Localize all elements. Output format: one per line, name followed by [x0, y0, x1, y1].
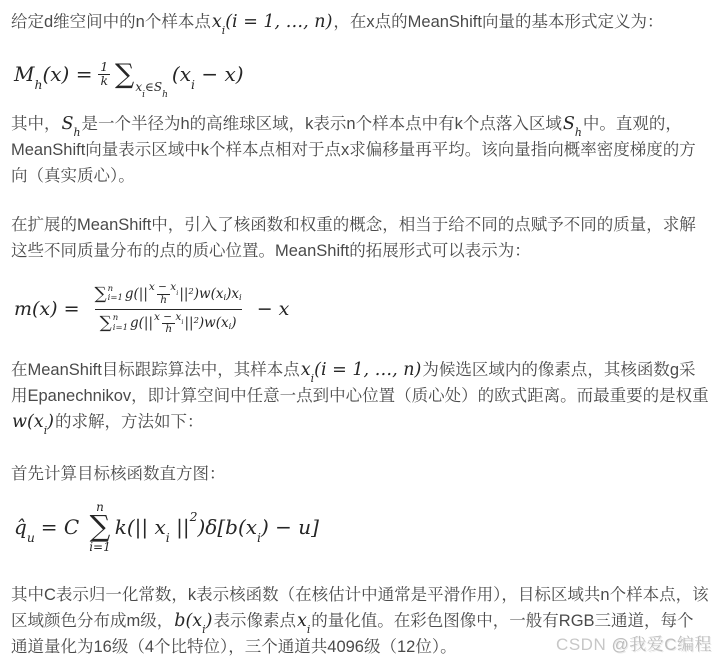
math-run: b(x	[174, 611, 202, 631]
text-run: 其中，	[11, 115, 61, 133]
math-base: x	[212, 12, 222, 32]
math-run: )w(x	[199, 317, 229, 331]
text-run: 的求解，方法如下：	[55, 413, 204, 431]
formula-kernel-histogram: q̂u = C n∑i=1 k(|| xi ||2)δ[b(xi) − u]	[14, 497, 710, 557]
inline-math-weight: w(xi)	[12, 412, 54, 432]
formula-basic-meanshift: Mh(x) = 1k ∑ xi∈Sh (xi − x)	[14, 57, 710, 91]
math-sub: i	[181, 318, 183, 326]
text-run: 表示像素点	[213, 612, 296, 630]
inner-fraction: x − xih	[154, 312, 183, 336]
math-run: (i = 1, …, n)	[225, 12, 332, 32]
math-sub: h	[162, 90, 168, 100]
fraction-1-over-k: 1k	[98, 61, 110, 87]
math-tail: (xi − x)	[172, 64, 244, 84]
math-run: )	[206, 611, 213, 631]
inner-fraction: x − xih	[149, 282, 178, 306]
watermark-site: CSDN	[556, 635, 611, 654]
math-sub: i	[311, 372, 314, 385]
math-equals: =	[64, 300, 80, 319]
math-sub: h	[34, 77, 42, 92]
math-run: (x	[172, 62, 191, 86]
sigma-symbol: ∑	[90, 513, 111, 541]
paragraph-tracking-algorithm: 在MeanShift目标跟踪算法中，其样本点xi(i = 1, …, n)为候选…	[11, 357, 710, 435]
math-run: − x)	[195, 62, 244, 86]
fraction-denominator: k	[98, 74, 110, 88]
math-base: x	[297, 611, 307, 631]
sum-limits: ni=1	[113, 314, 128, 334]
summation: ∑ni=1	[94, 285, 122, 305]
math-sub: u	[27, 530, 35, 545]
math-run: (i = 1, …, n)	[314, 360, 421, 380]
text-run: 首先计算目标核函数直方图：	[11, 465, 226, 483]
paragraph-histogram-intro: 首先计算目标核函数直方图：	[11, 461, 710, 487]
fraction-numerator: 1	[100, 61, 108, 74]
math-sub: i	[142, 90, 145, 100]
inline-math-xi: xi	[297, 611, 310, 631]
math-run: )w(x	[194, 288, 224, 302]
math-run: g(||	[130, 317, 153, 331]
inner-numerator: x − xi	[149, 282, 178, 294]
math-base: q̂	[14, 515, 27, 539]
math-sup: 2	[190, 509, 198, 524]
math-base: M	[14, 62, 34, 86]
sum-lower-limit: i=1	[108, 294, 123, 304]
math-base: S	[563, 114, 575, 134]
math-base: x	[301, 360, 311, 380]
math-run: g(||	[125, 288, 148, 302]
math-run: (x) =	[42, 62, 92, 86]
inline-math-sh: Sh	[62, 114, 81, 134]
math-run: w(x	[12, 412, 44, 432]
summation-with-limits: n∑i=1	[89, 501, 111, 554]
math-run: ||	[184, 317, 193, 331]
math-lhs: q̂u	[14, 517, 35, 537]
inline-math-sh: Sh	[563, 114, 582, 134]
inline-math-sample-points: xi(i = 1, …, n)	[301, 360, 422, 380]
math-sub: i	[44, 424, 47, 437]
inline-math-sample-points: xi(i = 1, …, n)	[212, 12, 333, 32]
text-run: 在MeanShift目标跟踪算法中，其样本点	[11, 361, 300, 379]
math-sub: h	[74, 126, 81, 139]
math-base: S	[62, 114, 74, 134]
math-run: )	[47, 412, 54, 432]
math-sub: i	[257, 530, 261, 545]
math-run: )	[231, 317, 236, 331]
math-sub: i	[176, 289, 178, 297]
sum-lower-limit: xi∈Sh	[135, 81, 168, 93]
article-body: 给定d维空间中的n个样本点xi(i = 1, …, n)，在x点的MeanShi…	[0, 0, 720, 660]
inner-denominator: h	[162, 323, 175, 336]
math-sub: i	[222, 24, 225, 37]
sum-lower-limit: i=1	[89, 541, 111, 554]
math-sub: h	[575, 126, 582, 139]
fraction-numerator: ∑ni=1 g(|| x − xih ||2 )w(xi)xi	[89, 280, 246, 308]
math-run: x − x	[154, 311, 181, 323]
math-base: ∈S	[145, 80, 162, 94]
math-lhs: Mh(x) =	[14, 64, 92, 84]
paragraph-extended-meanshift: 在扩展的MeanShift中，引入了核函数和权重的概念，相当于给不同的点赋予不同…	[11, 212, 710, 264]
sigma-symbol: ∑	[94, 286, 106, 303]
sigma-symbol: ∑	[115, 61, 134, 88]
math-lhs: m(x)	[14, 300, 58, 319]
math-run: ) − u]	[261, 515, 319, 539]
math-run: k(|| x	[115, 515, 166, 539]
fraction-denominator: ∑ni=1 g(|| x − xih ||2 )w(xi)	[95, 309, 242, 338]
math-sub: i	[307, 623, 310, 636]
sum-limits: ni=1	[108, 285, 123, 305]
text-run: 给定d维空间中的n个样本点	[11, 13, 211, 31]
main-fraction: ∑ni=1 g(|| x − xih ||2 )w(xi)xi ∑ni=1 g(…	[89, 280, 246, 337]
paragraph-sh-region: 其中，Sh是一个半径为h的高维球区域，k表示n个样本点中有k个点落入区域Sh中。…	[11, 111, 710, 189]
watermark-author: @我爱C编程	[611, 635, 712, 654]
inner-denominator: h	[157, 294, 170, 307]
math-sub: i	[202, 623, 205, 636]
math-tail: k(|| xi ||2)δ[b(xi) − u]	[115, 517, 319, 537]
inner-numerator: x − xi	[154, 312, 183, 324]
text-run: 是一个半径为h的高维球区域，k表示n个样本点中有k个点落入区域	[81, 115, 561, 133]
text-run: 在扩展的MeanShift中，引入了核函数和权重的概念，相当于给不同的点赋予不同…	[11, 216, 696, 260]
math-sub: i	[191, 77, 195, 92]
math-equals: = C	[41, 517, 79, 537]
math-tail: − x	[257, 300, 290, 319]
sum-lower-limit: i=1	[113, 324, 128, 334]
math-run: x − x	[149, 281, 176, 293]
math-run: )x	[226, 288, 239, 302]
sigma-symbol: ∑	[100, 315, 112, 332]
inline-math-bxi: b(xi)	[174, 611, 212, 631]
math-run: )δ[b(x	[198, 515, 258, 539]
formula-extended-meanshift: m(x) = ∑ni=1 g(|| x − xih ||2 )w(xi)xi ∑…	[14, 281, 710, 337]
csdn-watermark: CSDN @我爱C编程	[556, 630, 712, 655]
math-sub: i	[166, 530, 170, 545]
math-run: ||	[170, 515, 190, 539]
paragraph-intro: 给定d维空间中的n个样本点xi(i = 1, …, n)，在x点的MeanShi…	[11, 9, 710, 35]
summation: ∑ni=1	[100, 314, 128, 334]
text-run: ，在x点的MeanShift向量的基本形式定义为：	[333, 13, 663, 31]
